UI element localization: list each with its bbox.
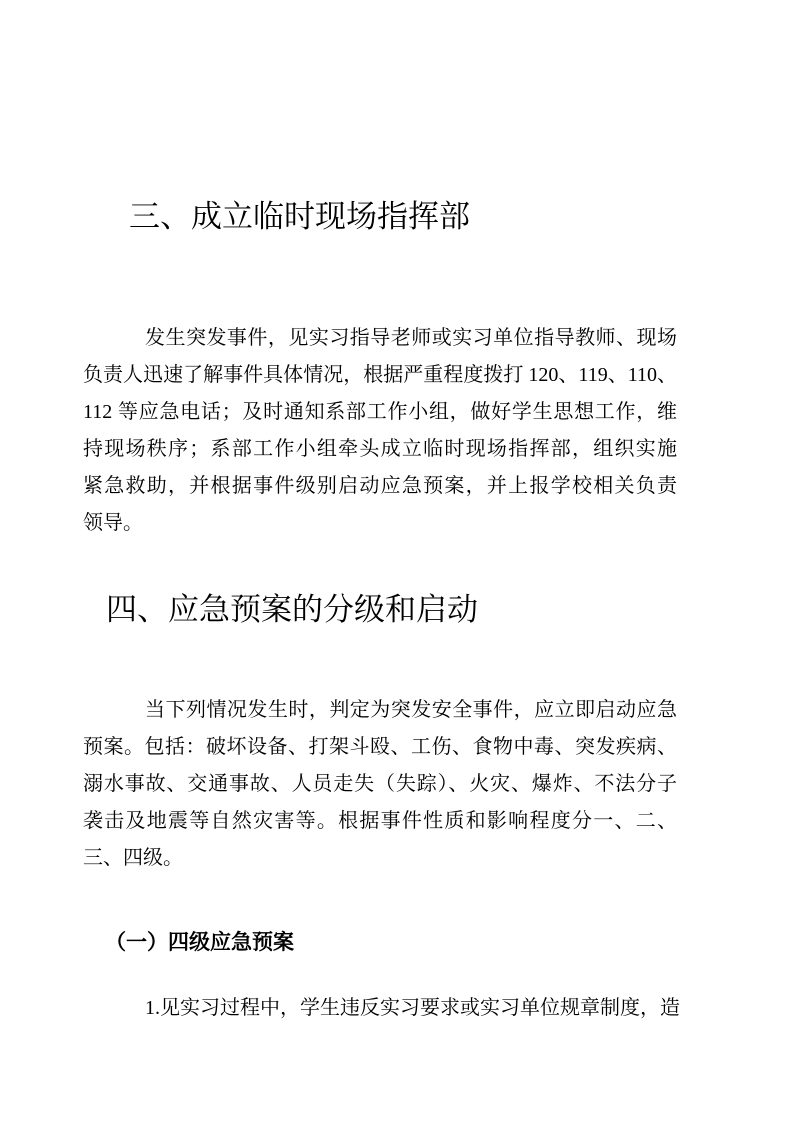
heading-section-3: 三、成立临时现场指挥部	[129, 196, 470, 238]
heading-section-4: 四、应急预案的分级和启动	[106, 589, 478, 631]
text-line: 紧急救助，并根据事件级别启动应急预案，并上报学校相关负责	[83, 468, 677, 505]
text-line: 负责人迅速了解事件具体情况，根据严重程度拨打 120、119、110、	[83, 357, 677, 394]
text-line: 领导。	[83, 505, 677, 542]
text-line: 持现场秩序；系部工作小组牵头成立临时现场指挥部，组织实施	[83, 431, 677, 468]
text-line: 当下列情况发生时，判定为突发安全事件，应立即启动应急	[83, 692, 677, 729]
text-line: 发生突发事件，见实习指导老师或实习单位指导教师、现场	[83, 320, 677, 357]
text-line: 溺水事故、交通事故、人员走失（失踪）、火灾、爆炸、不法分子	[83, 766, 677, 803]
paragraph-section-3: 发生突发事件，见实习指导老师或实习单位指导教师、现场 负责人迅速了解事件具体情况…	[83, 320, 677, 542]
text-line: 预案。包括：破坏设备、打架斗殴、工伤、食物中毒、突发疾病、	[83, 729, 677, 766]
text-line: 1.见实习过程中，学生违反实习要求或实习单位规章制度，造	[83, 990, 677, 1027]
text-line: 三、四级。	[83, 840, 677, 877]
text-line: 袭击及地震等自然灾害等。根据事件性质和影响程度分一、二、	[83, 803, 677, 840]
paragraph-level4-item1: 1.见实习过程中，学生违反实习要求或实习单位规章制度，造	[83, 990, 677, 1027]
text-line: 112 等应急电话；及时通知系部工作小组，做好学生思想工作，维	[83, 394, 677, 431]
document-page: 三、成立临时现场指挥部 发生突发事件，见实习指导老师或实习单位指导教师、现场 负…	[0, 0, 794, 1123]
paragraph-section-4: 当下列情况发生时，判定为突发安全事件，应立即启动应急 预案。包括：破坏设备、打架…	[83, 692, 677, 877]
sub-heading-level4-plan: （一）四级应急预案	[105, 928, 294, 958]
